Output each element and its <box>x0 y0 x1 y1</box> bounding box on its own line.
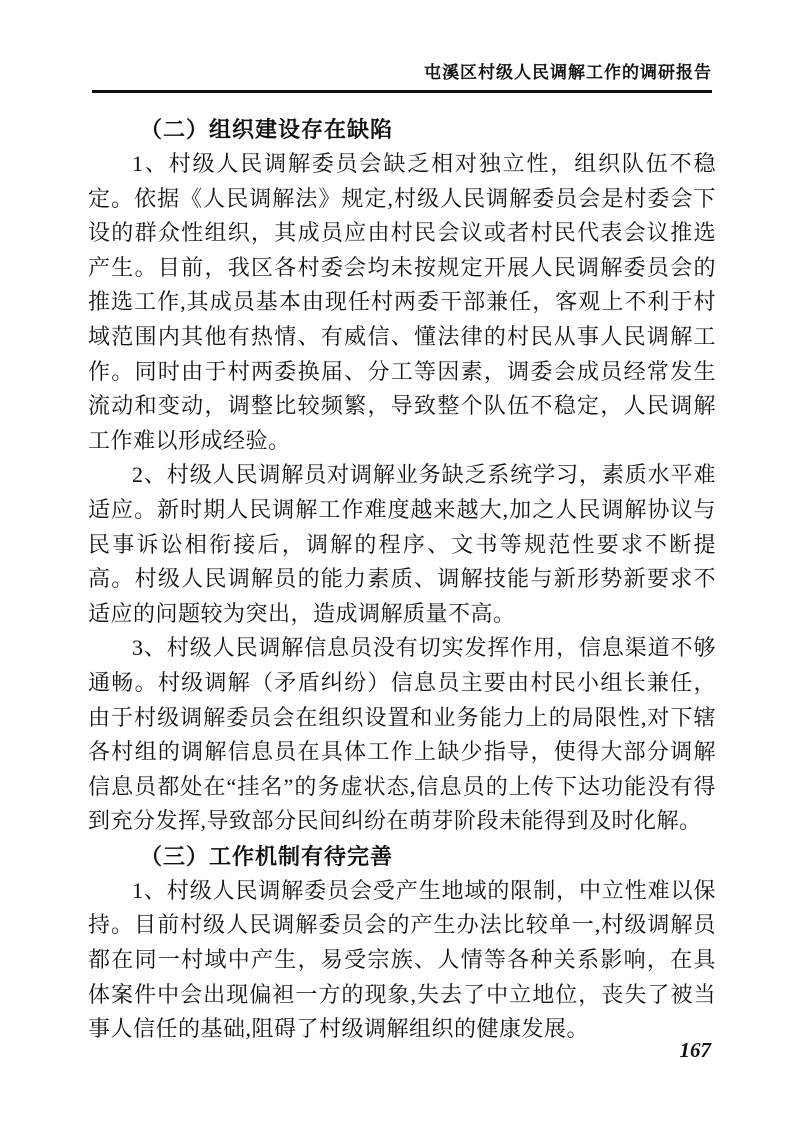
document-body: （二）组织建设存在缺陷 1、村级人民调解委员会缺乏相对独立性，组织队伍不稳定。依… <box>88 112 716 1047</box>
paragraph: 3、村级人民调解信息员没有切实发挥作用，信息渠道不够通畅。村级调解（矛盾纠纷）信… <box>88 631 716 839</box>
page-number: 167 <box>680 1038 712 1063</box>
paragraph: 1、村级人民调解委员会受产生地域的限制，中立性难以保持。目前村级人民调解委员会的… <box>88 874 716 1047</box>
section-heading-work-mechanism: （三）工作机制有待完善 <box>88 839 716 874</box>
document-page: 屯溪区村级人民调解工作的调研报告 （二）组织建设存在缺陷 1、村级人民调解委员会… <box>0 0 803 1133</box>
paragraph: 1、村级人民调解委员会缺乏相对独立性，组织队伍不稳定。依据《人民调解法》规定,村… <box>88 147 716 458</box>
header-title: 屯溪区村级人民调解工作的调研报告 <box>424 63 712 82</box>
paragraph: 2、村级人民调解员对调解业务缺乏系统学习，素质水平难适应。新时期人民调解工作难度… <box>88 458 716 631</box>
page-header: 屯溪区村级人民调解工作的调研报告 <box>92 62 712 93</box>
section-heading-organization-defects: （二）组织建设存在缺陷 <box>88 112 716 147</box>
